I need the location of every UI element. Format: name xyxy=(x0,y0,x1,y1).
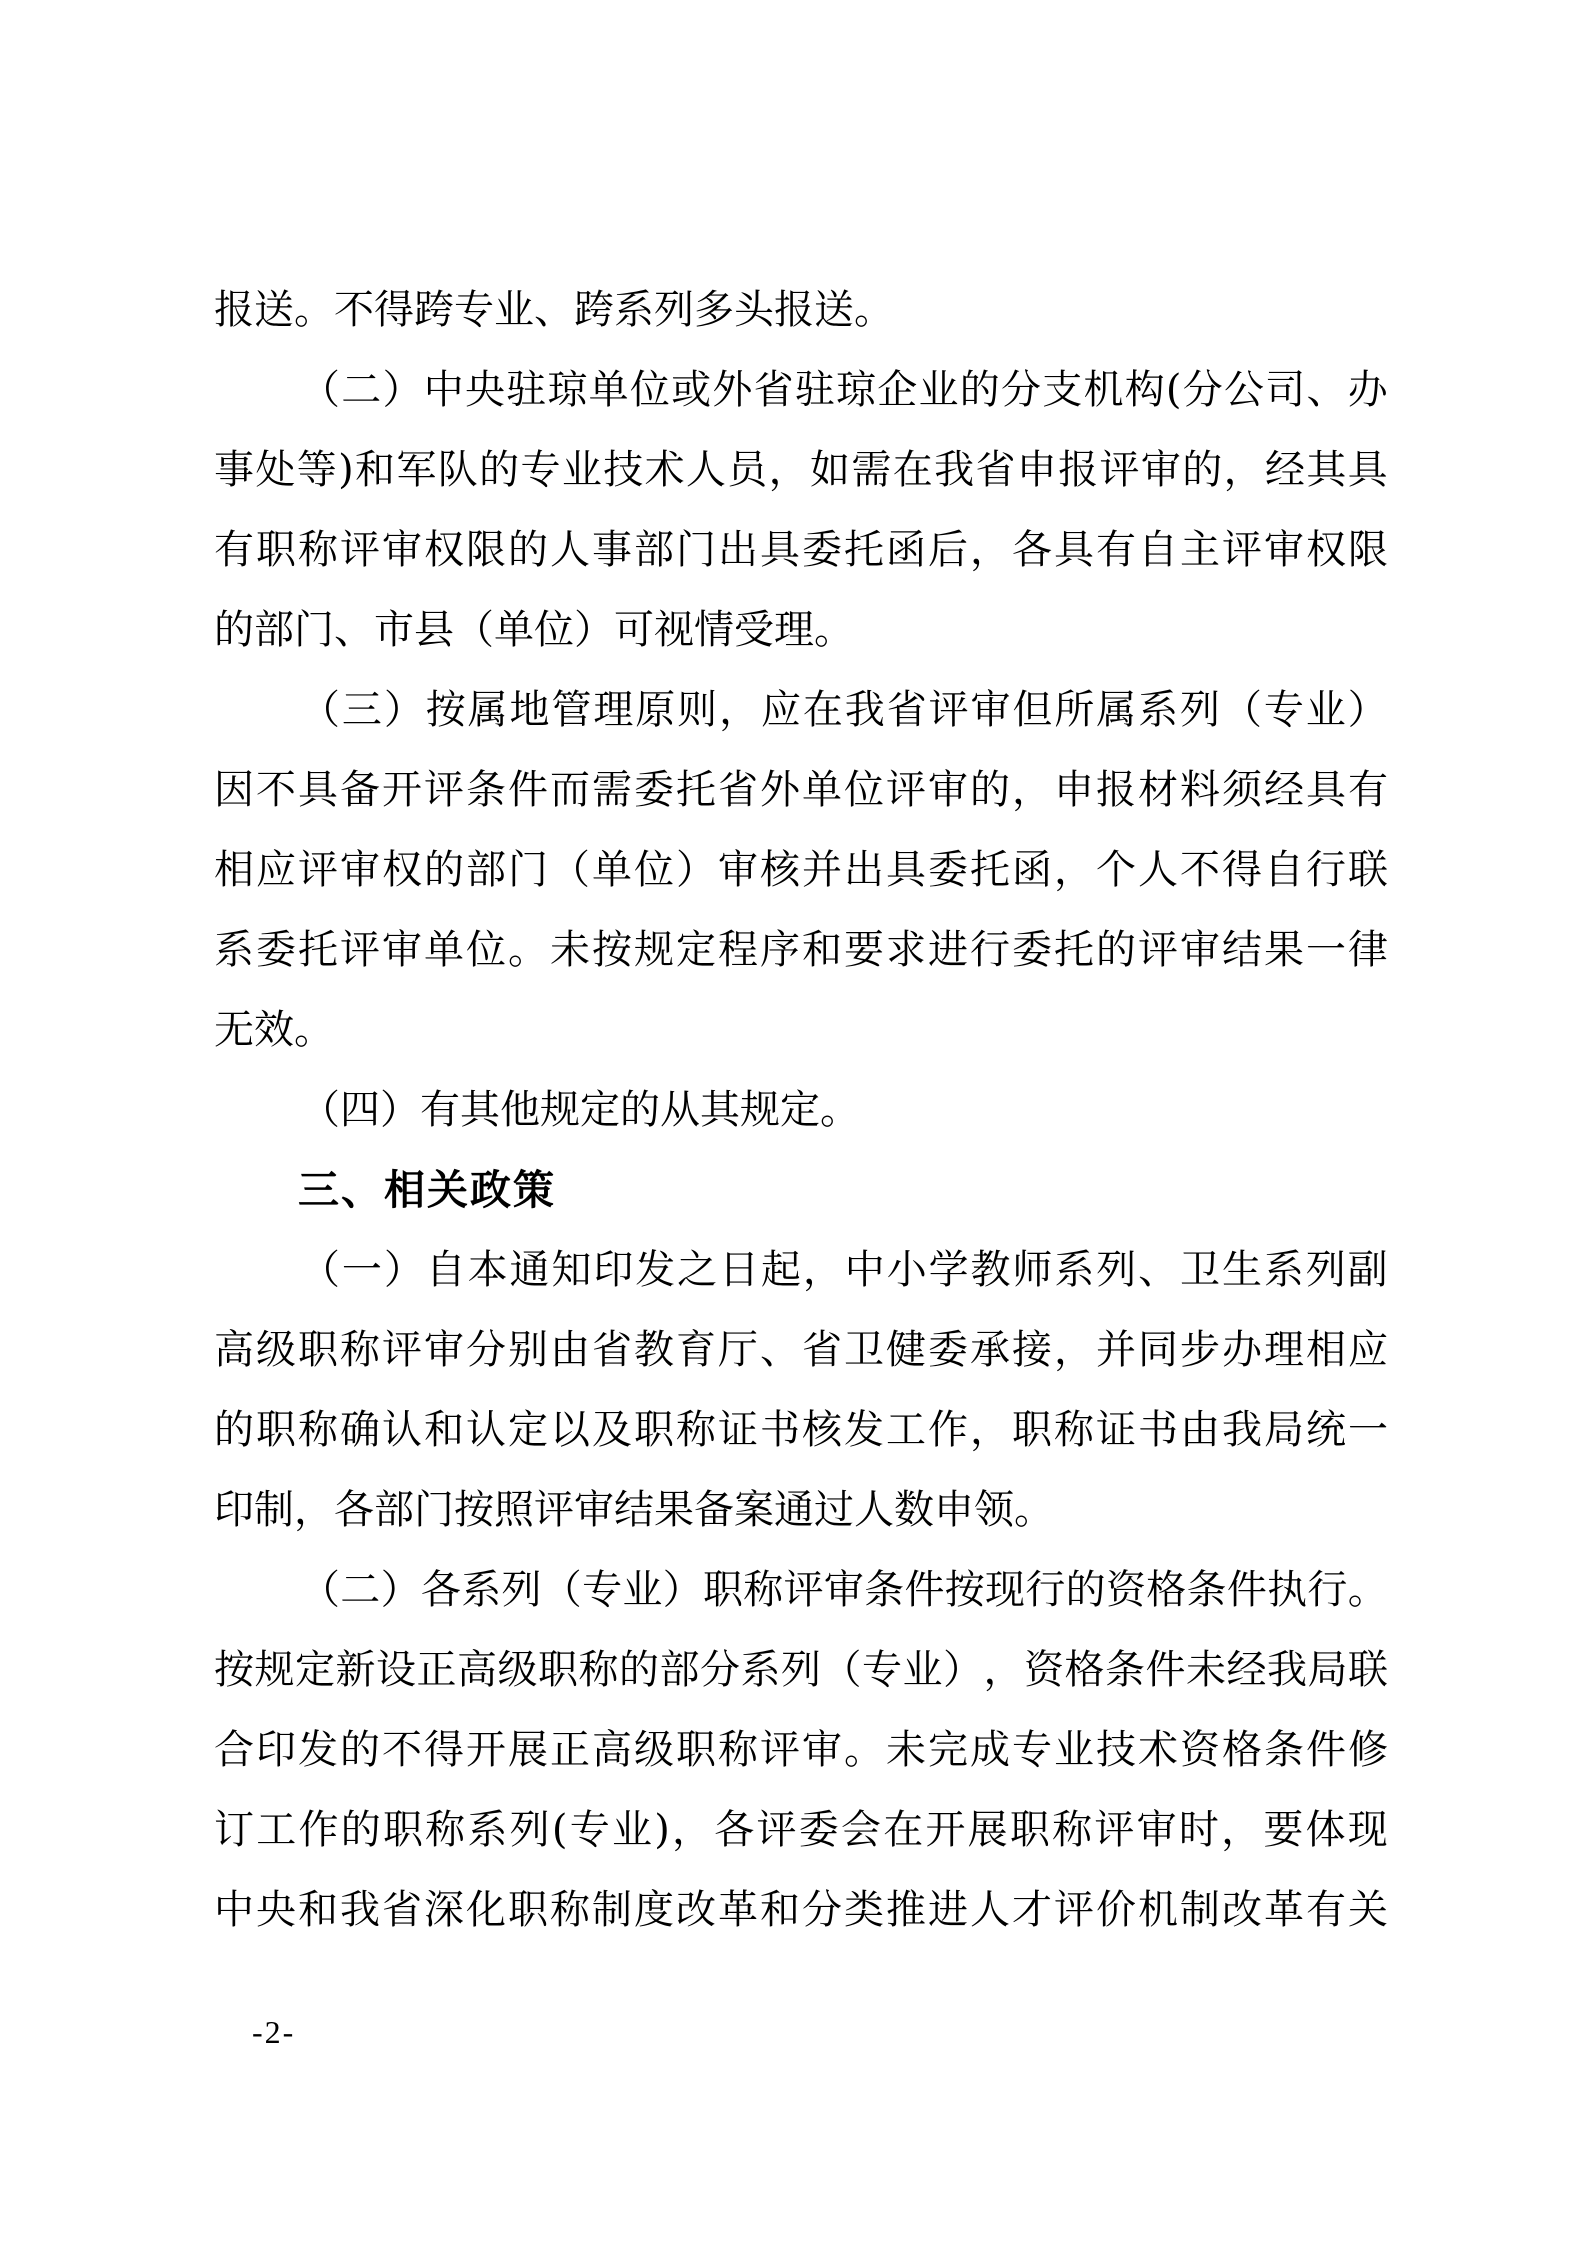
paragraph-line: 的部门、市县（单位）可视情受理。 xyxy=(214,590,1388,670)
paragraph-line: 高级职称评审分别由省教育厅、省卫健委承接，并同步办理相应 xyxy=(214,1310,1388,1390)
paragraph-line: （二）各系列（专业）职称评审条件按现行的资格条件执行。 xyxy=(300,1550,1388,1630)
paragraph-line: 事处等)和军队的专业技术人员，如需在我省申报评审的，经其具 xyxy=(214,430,1388,510)
paragraph-line: 无效。 xyxy=(214,990,1388,1070)
paragraph-line: 系委托评审单位。未按规定程序和要求进行委托的评审结果一律 xyxy=(214,910,1388,990)
paragraph-line: 订工作的职称系列(专业)，各评委会在开展职称评审时，要体现 xyxy=(214,1790,1388,1870)
paragraph-line: 中央和我省深化职称制度改革和分类推进人才评价机制改革有关 xyxy=(214,1870,1388,1950)
paragraph-line: 因不具备开评条件而需委托省外单位评审的，申报材料须经具有 xyxy=(214,750,1388,830)
paragraph-line: 报送。不得跨专业、跨系列多头报送。 xyxy=(214,270,1388,350)
paragraph-line: （四）有其他规定的从其规定。 xyxy=(300,1070,1388,1150)
paragraph-line: 的职称确认和认定以及职称证书核发工作，职称证书由我局统一 xyxy=(214,1390,1388,1470)
paragraph-line: 按规定新设正高级职称的部分系列（专业），资格条件未经我局联 xyxy=(214,1630,1388,1710)
page-number: -2- xyxy=(252,2012,295,2052)
paragraph-line: 相应评审权的部门（单位）审核并出具委托函，个人不得自行联 xyxy=(214,830,1388,910)
document-page: 报送。不得跨专业、跨系列多头报送。 （二）中央驻琼单位或外省驻琼企业的分支机构(… xyxy=(0,0,1587,2245)
paragraph-line: （一）自本通知印发之日起，中小学教师系列、卫生系列副 xyxy=(300,1230,1388,1310)
section-heading: 三、相关政策 xyxy=(298,1150,556,1230)
paragraph-line: 合印发的不得开展正高级职称评审。未完成专业技术资格条件修 xyxy=(214,1710,1388,1790)
paragraph-line: （三）按属地管理原则，应在我省评审但所属系列（专业） xyxy=(300,670,1388,750)
paragraph-line: 有职称评审权限的人事部门出具委托函后，各具有自主评审权限 xyxy=(214,510,1388,590)
paragraph-line: 印制，各部门按照评审结果备案通过人数申领。 xyxy=(214,1470,1388,1550)
paragraph-line: （二）中央驻琼单位或外省驻琼企业的分支机构(分公司、办 xyxy=(300,350,1388,430)
